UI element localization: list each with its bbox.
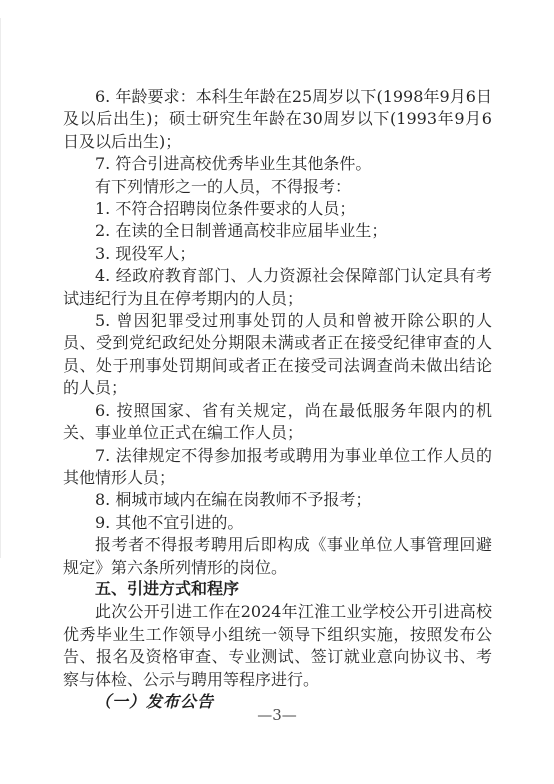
list-item-6: 6. 按照国家、省有关规定，尚在最低服务年限内的机关、事业单位正式在编工作人员； <box>63 400 492 445</box>
list-item-9: 9. 其他不宜引进的。 <box>63 512 492 534</box>
list-item-1: 1. 不符合招聘岗位条件要求的人员； <box>63 198 492 220</box>
scan-edge-artifact <box>0 18 1 558</box>
paragraph-procedure-overview: 此次公开引进工作在2024年江淮工业学校公开引进高校优秀毕业生工作领导小组统一领… <box>63 601 492 691</box>
list-item-4: 4. 经政府教育部门、人力资源社会保障部门认定具有考试违纪行为且在停考期内的人员… <box>63 265 492 310</box>
list-item-5: 5. 曾因犯罪受过刑事处罚的人员和曾被开除公职的人员、受到党纪政纪处分期限未满或… <box>63 310 492 400</box>
paragraph-age-requirement: 6. 年龄要求：本科生年龄在25周岁以下(1998年9月6日及以后出生)；硕士研… <box>63 86 492 153</box>
list-item-2: 2. 在读的全日制普通高校非应届毕业生； <box>63 220 492 242</box>
paragraph-avoidance-rule: 报考者不得报考聘用后即构成《事业单位人事管理回避规定》第六条所列情形的岗位。 <box>63 534 492 579</box>
list-item-7: 7. 法律规定不得参加报考或聘用为事业单位工作人员的其他情形人员； <box>63 445 492 490</box>
document-page: 6. 年龄要求：本科生年龄在25周岁以下(1998年9月6日及以后出生)；硕士研… <box>0 0 554 784</box>
document-body: 6. 年龄要求：本科生年龄在25周岁以下(1998年9月6日及以后出生)；硕士研… <box>63 86 492 713</box>
section-heading-procedures: 五、引进方式和程序 <box>63 579 492 601</box>
paragraph-ineligible-intro: 有下列情形之一的人员，不得报考： <box>63 176 492 198</box>
list-item-8: 8. 桐城市域内在编在岗教师不予报考； <box>63 489 492 511</box>
paragraph-other-conditions: 7. 符合引进高校优秀毕业生其他条件。 <box>63 153 492 175</box>
page-number: —3— <box>0 706 554 724</box>
list-item-3: 3. 现役军人； <box>63 243 492 265</box>
